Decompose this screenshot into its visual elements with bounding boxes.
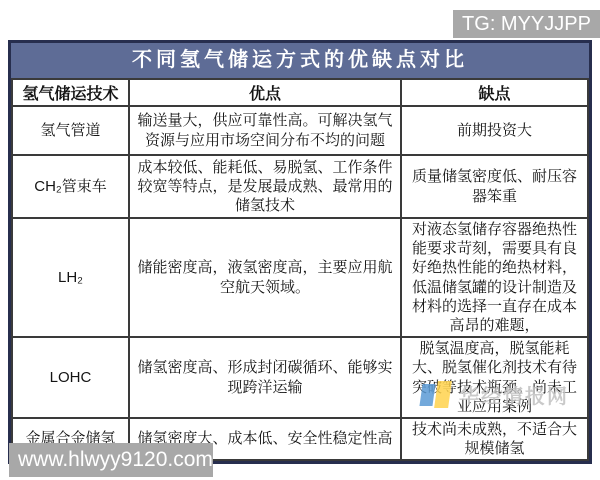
telegram-watermark-badge: TG: MYYJJPP [453,10,600,38]
cell-pros-pipeline: 输送量大，供应可靠性高。可解决氢气资源与应用市场空间分布不均的问题 [129,106,401,155]
cell-cons-lohc: 脱氢温度高，脱氢能耗大、脱氢催化剂技术有待突破等技术瓶颈。尚未工业应用案例 [401,337,588,418]
url-watermark-badge: www.hlwyy9120.com [9,443,213,477]
cell-tech-liquid-hydrogen: LH₂ [12,218,129,337]
col-header-technology: 氢气储运技术 [12,79,129,106]
url-watermark-text: www.hlwyy9120.com [18,448,213,471]
cell-tech-pipeline: 氢气管道 [12,106,129,155]
col-header-pros: 优点 [129,79,401,106]
table-title: 不同氢气储运方式的优缺点对比 [11,43,589,78]
header-row: 氢气储运技术 优点 缺点 [12,79,588,106]
cell-tech-tube-trailer: CH₂管束车 [12,155,129,218]
cell-pros-liquid-hydrogen: 储能密度高，液氢密度高，主要应用航空航天领域。 [129,218,401,337]
cell-cons-liquid-hydrogen: 对液态氢储存容器绝热性能要求苛刻，需要具有良好绝热性能的绝热材料，低温储氢罐的设… [401,218,588,337]
table-row: LOHC 储氢密度高、形成封闭碳循环、能够实现跨洋运输 脱氢温度高，脱氢能耗大、… [12,337,588,418]
cell-tech-lohc: LOHC [12,337,129,418]
cell-pros-lohc: 储氢密度高、形成封闭碳循环、能够实现跨洋运输 [129,337,401,418]
col-header-cons: 缺点 [401,79,588,106]
cell-cons-metal-alloy: 技术尚未成熟，不适合大规模储氢 [401,418,588,460]
cell-cons-tube-trailer: 质量储氢密度低、耐压容器笨重 [401,155,588,218]
comparison-grid: 氢气储运技术 优点 缺点 氢气管道 输送量大，供应可靠性高。可解决氢气资源与应用… [11,78,589,461]
table-row: 氢气管道 输送量大，供应可靠性高。可解决氢气资源与应用市场空间分布不均的问题 前… [12,106,588,155]
cell-cons-pipeline: 前期投资大 [401,106,588,155]
table-row: CH₂管束车 成本较低、能耗低、易脱氢、工作条件较宽等特点，是发展最成熟、最常用… [12,155,588,218]
table-row: LH₂ 储能密度高，液氢密度高，主要应用航空航天领域。 对液态氢储存容器绝热性能… [12,218,588,337]
hydrogen-comparison-table: 不同氢气储运方式的优缺点对比 氢气储运技术 优点 缺点 氢气管道 输送量大，供应… [8,40,592,464]
telegram-watermark-text: TG: MYYJJPP [462,13,591,35]
cell-pros-tube-trailer: 成本较低、能耗低、易脱氢、工作条件较宽等特点，是发展最成熟、最常用的储氢技术 [129,155,401,218]
